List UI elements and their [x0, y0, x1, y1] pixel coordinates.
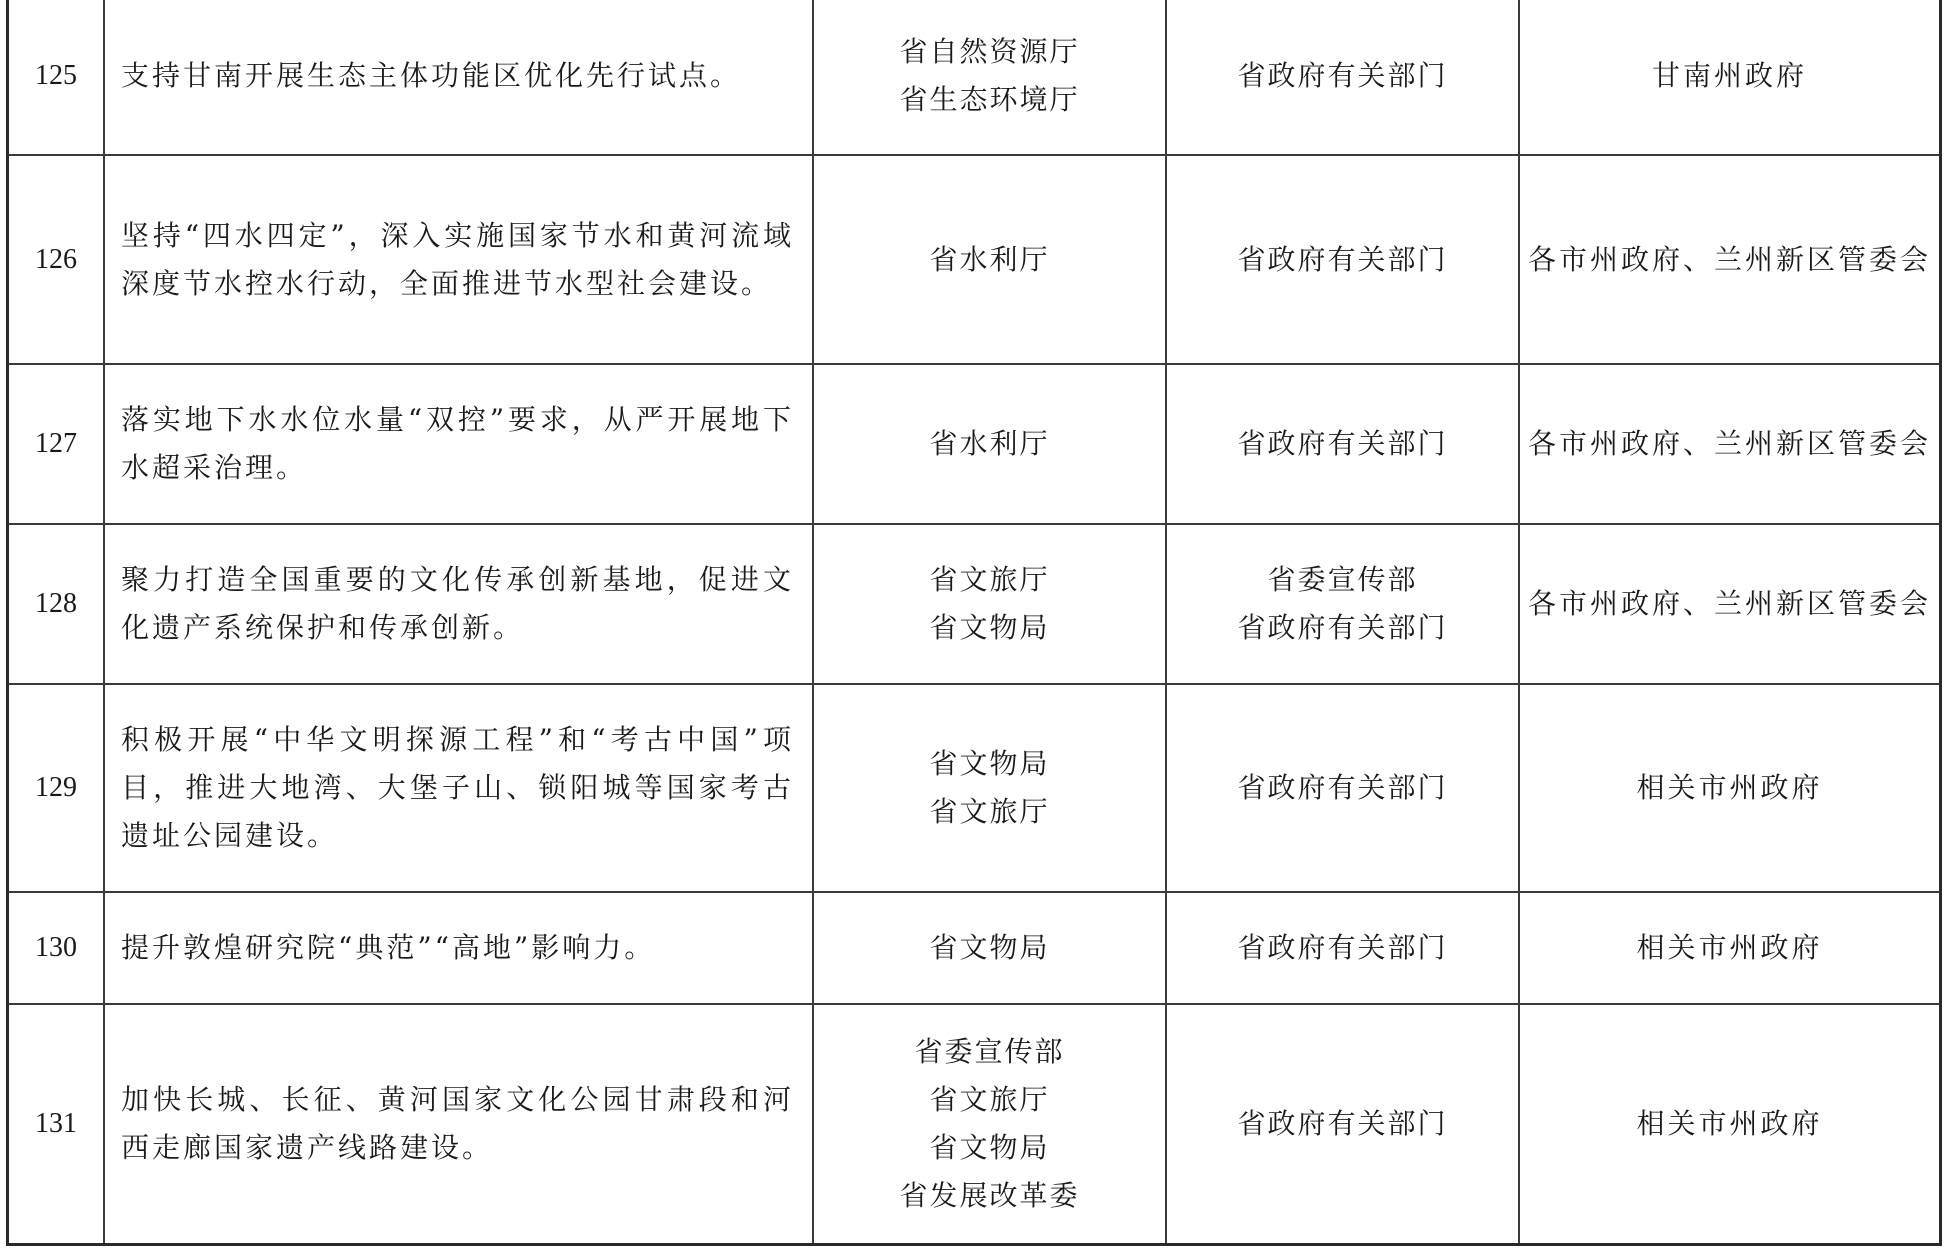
implementing-government: 相关市州政府	[1519, 1004, 1941, 1244]
lead-department-line: 省文物局	[814, 924, 1165, 972]
cooperating-department: 省政府有关部门	[1166, 0, 1519, 155]
lead-department-line: 省水利厅	[814, 236, 1165, 284]
implementing-government: 甘南州政府	[1519, 0, 1941, 155]
row-number: 131	[8, 1004, 105, 1244]
row-number: 125	[8, 0, 105, 155]
lead-department-line: 省文物局	[814, 604, 1165, 652]
table-row: 130 提升敦煌研究院“典范”“高地”影响力。 省文物局 省政府有关部门 相关市…	[8, 892, 1941, 1004]
row-number: 130	[8, 892, 105, 1004]
cooperating-department-line: 省政府有关部门	[1167, 924, 1518, 972]
task-text: 坚持“四水四定”，深入实施国家节水和黄河流域深度节水控水行动，全面推进节水型社会…	[121, 212, 794, 308]
implementing-government: 各市州政府、兰州新区管委会	[1519, 364, 1941, 524]
cooperating-department-line: 省政府有关部门	[1167, 1100, 1518, 1148]
row-number: 128	[8, 524, 105, 684]
cooperating-department: 省政府有关部门	[1166, 1004, 1519, 1244]
lead-department: 省水利厅	[813, 155, 1166, 364]
lead-department-line: 省文物局	[814, 1124, 1165, 1172]
task-text: 提升敦煌研究院“典范”“高地”影响力。	[121, 924, 794, 972]
task-text: 支持甘南开展生态主体功能区优化先行试点。	[121, 52, 794, 100]
cooperating-department: 省政府有关部门	[1166, 684, 1519, 892]
lead-department-line: 省委宣传部	[814, 1028, 1165, 1076]
implementing-government: 相关市州政府	[1519, 892, 1941, 1004]
cooperating-department-line: 省政府有关部门	[1167, 604, 1518, 652]
task-description: 支持甘南开展生态主体功能区优化先行试点。	[104, 0, 813, 155]
lead-department: 省自然资源厅 省生态环境厅	[813, 0, 1166, 155]
lead-department-line: 省文旅厅	[814, 556, 1165, 604]
lead-department-line: 省文旅厅	[814, 788, 1165, 836]
implementing-government: 各市州政府、兰州新区管委会	[1519, 155, 1941, 364]
cooperating-department: 省政府有关部门	[1166, 364, 1519, 524]
lead-department-line: 省自然资源厅	[814, 28, 1165, 76]
cooperating-department: 省政府有关部门	[1166, 892, 1519, 1004]
lead-department-line: 省文物局	[814, 740, 1165, 788]
lead-department: 省水利厅	[813, 364, 1166, 524]
implementing-government: 各市州政府、兰州新区管委会	[1519, 524, 1941, 684]
lead-department: 省文物局 省文旅厅	[813, 684, 1166, 892]
table-row: 125 支持甘南开展生态主体功能区优化先行试点。 省自然资源厅 省生态环境厅 省…	[8, 0, 1941, 155]
task-description: 坚持“四水四定”，深入实施国家节水和黄河流域深度节水控水行动，全面推进节水型社会…	[104, 155, 813, 364]
table-row: 129 积极开展“中华文明探源工程”和“考古中国”项目，推进大地湾、大堡子山、锁…	[8, 684, 1941, 892]
cooperating-department-line: 省政府有关部门	[1167, 420, 1518, 468]
lead-department-line: 省水利厅	[814, 420, 1165, 468]
table-row: 126 坚持“四水四定”，深入实施国家节水和黄河流域深度节水控水行动，全面推进节…	[8, 155, 1941, 364]
implementing-government: 相关市州政府	[1519, 684, 1941, 892]
table-body: 125 支持甘南开展生态主体功能区优化先行试点。 省自然资源厅 省生态环境厅 省…	[8, 0, 1941, 1244]
task-description: 积极开展“中华文明探源工程”和“考古中国”项目，推进大地湾、大堡子山、锁阳城等国…	[104, 684, 813, 892]
table-row: 127 落实地下水水位水量“双控”要求，从严开展地下水超采治理。 省水利厅 省政…	[8, 364, 1941, 524]
task-description: 聚力打造全国重要的文化传承创新基地，促进文化遗产系统保护和传承创新。	[104, 524, 813, 684]
table-row: 131 加快长城、长征、黄河国家文化公园甘肃段和河西走廊国家遗产线路建设。 省委…	[8, 1004, 1941, 1244]
cooperating-department: 省政府有关部门	[1166, 155, 1519, 364]
cooperating-department-line: 省政府有关部门	[1167, 764, 1518, 812]
lead-department-line: 省发展改革委	[814, 1172, 1165, 1220]
lead-department: 省文旅厅 省文物局	[813, 524, 1166, 684]
task-table: 125 支持甘南开展生态主体功能区优化先行试点。 省自然资源厅 省生态环境厅 省…	[6, 0, 1942, 1246]
task-text: 落实地下水水位水量“双控”要求，从严开展地下水超采治理。	[121, 396, 794, 492]
task-description: 提升敦煌研究院“典范”“高地”影响力。	[104, 892, 813, 1004]
task-text: 积极开展“中华文明探源工程”和“考古中国”项目，推进大地湾、大堡子山、锁阳城等国…	[121, 716, 794, 860]
task-description: 落实地下水水位水量“双控”要求，从严开展地下水超采治理。	[104, 364, 813, 524]
task-description: 加快长城、长征、黄河国家文化公园甘肃段和河西走廊国家遗产线路建设。	[104, 1004, 813, 1244]
cooperating-department-line: 省委宣传部	[1167, 556, 1518, 604]
table-row: 128 聚力打造全国重要的文化传承创新基地，促进文化遗产系统保护和传承创新。 省…	[8, 524, 1941, 684]
cooperating-department-line: 省政府有关部门	[1167, 52, 1518, 100]
cooperating-department: 省委宣传部 省政府有关部门	[1166, 524, 1519, 684]
row-number: 129	[8, 684, 105, 892]
row-number: 127	[8, 364, 105, 524]
lead-department-line: 省文旅厅	[814, 1076, 1165, 1124]
lead-department-line: 省生态环境厅	[814, 76, 1165, 124]
row-number: 126	[8, 155, 105, 364]
task-text: 聚力打造全国重要的文化传承创新基地，促进文化遗产系统保护和传承创新。	[121, 556, 794, 652]
lead-department: 省文物局	[813, 892, 1166, 1004]
task-text: 加快长城、长征、黄河国家文化公园甘肃段和河西走廊国家遗产线路建设。	[121, 1076, 794, 1172]
cooperating-department-line: 省政府有关部门	[1167, 236, 1518, 284]
lead-department: 省委宣传部 省文旅厅 省文物局 省发展改革委	[813, 1004, 1166, 1244]
